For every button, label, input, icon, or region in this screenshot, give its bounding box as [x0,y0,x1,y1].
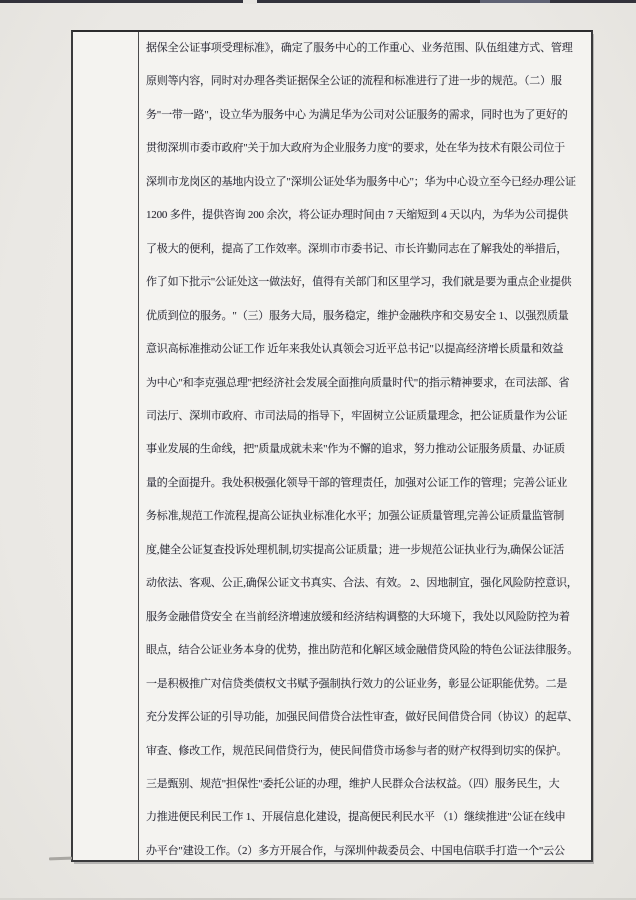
text-line: 充分发挥公证的引导功能，加强民间借贷合法性审查，做好民间借贷合同（协议）的起草、 [146,701,588,734]
scanned-page: 据保全公证事项受理标准》，确定了服务中心的工作重心、业务范围、队伍组建方式、管理… [0,0,636,900]
text-line: 力推进便民利民工作 1、开展信息化建设，提高便民利民水平 （1）继续推进"公证在… [146,801,588,834]
text-line: 深圳市龙岗区的基地内设立了"深圳公证处华为服务中心"；华为中心设立至今已经办理公… [146,166,588,199]
text-line: 务"一带一路"，设立华为服务中心 为满足华为公司对公证服务的需求，同时也为了更好… [146,99,588,132]
report-text-cell: 据保全公证事项受理标准》，确定了服务中心的工作重心、业务范围、队伍组建方式、管理… [139,32,591,860]
text-line: 事业发展的生命线，把"质量成就未来"作为不懈的追求，努力推动公证服务质量、办证质 [146,433,588,466]
text-line: 司法厅、深圳市政府、市司法局的指导下，牢固树立公证质量理念，把公证质量作为公证 [146,400,588,433]
text-line: 服务金融借贷安全 在当前经济增速放缓和经济结构调整的大环境下，我处以风险防控为着 [146,601,588,634]
scan-edge-smudge [480,0,550,3]
text-line: 意识高标准推动公证工作 近年来我处认真领会习近平总书记"以提高经济增长质量和效益 [146,333,588,366]
text-line: 眼点，结合公证业务本身的优势，推出防范和化解区域金融借贷风险的特色公证法律服务。 [146,634,588,667]
text-line: 动依法、客观、公正,确保公证文书真实、合法、有效。 2、因地制宜，强化风险防控意… [146,567,588,600]
text-line: 度,健全公证复查投诉处理机制,切实提高公证质量；进一步规范公证执业行为,确保公证… [146,534,588,567]
text-line: 为中心"和李克强总理"把经济社会发展全面推向质量时代"的指示精神要求，在司法部、… [146,367,588,400]
text-line: 1200 多件，提供咨询 200 余次，将公证办理时间由 7 天缩短到 4 天以… [146,199,588,232]
scan-artifact-dash [49,857,72,861]
text-line: 务标准,规范工作流程,提高公证执业标准化水平；加强公证质量管理,完善公证质量监管… [146,500,588,533]
empty-label-column [73,32,139,860]
text-line: 作了如下批示"公证处这一做法好，值得有关部门和区里学习，我们就是要为重点企业提供 [146,266,588,299]
report-table: 据保全公证事项受理标准》，确定了服务中心的工作重心、业务范围、队伍组建方式、管理… [71,30,593,862]
text-line: 一是积极推广对信贷类债权文书赋予强制执行效力的公证业务，彰显公证职能优势。二是 [146,668,588,701]
scan-edge-gap [243,0,257,4]
text-line: 量的全面提升。我处积极强化领导干部的管理责任，加强对公证工作的管理；完善公证业 [146,467,588,500]
text-line: 审查、修改工作，规范民间借贷行为，使民间借贷市场参与者的财产权得到切实的保护。 [146,735,588,768]
text-line: 优质到位的服务。"（三）服务大局，服务稳定，维护金融秩序和交易安全 1、以强烈质… [146,300,588,333]
text-line: 贯彻深圳市委市政府"关于加大政府为企业服务力度"的要求，处在华为技术有限公司位于 [146,132,588,165]
text-line: 办平台"建设工作。（2）多方开展合作，与深圳仲裁委员会、中国电信联手打造一个"云… [146,835,588,860]
text-line: 原则等内容，同时对办理各类证据保全公证的流程和标准进行了进一步的规范。（二）服 [146,65,588,98]
text-line: 了极大的便利，提高了工作效率。深圳市市委书记、市长许勤同志在了解我处的举措后， [146,233,588,266]
text-line: 据保全公证事项受理标准》，确定了服务中心的工作重心、业务范围、队伍组建方式、管理 [146,32,588,65]
text-line: 三是甄别、规范"担保性"委托公证的办理，维护人民群众合法权益。（四）服务民生，大 [146,768,588,801]
